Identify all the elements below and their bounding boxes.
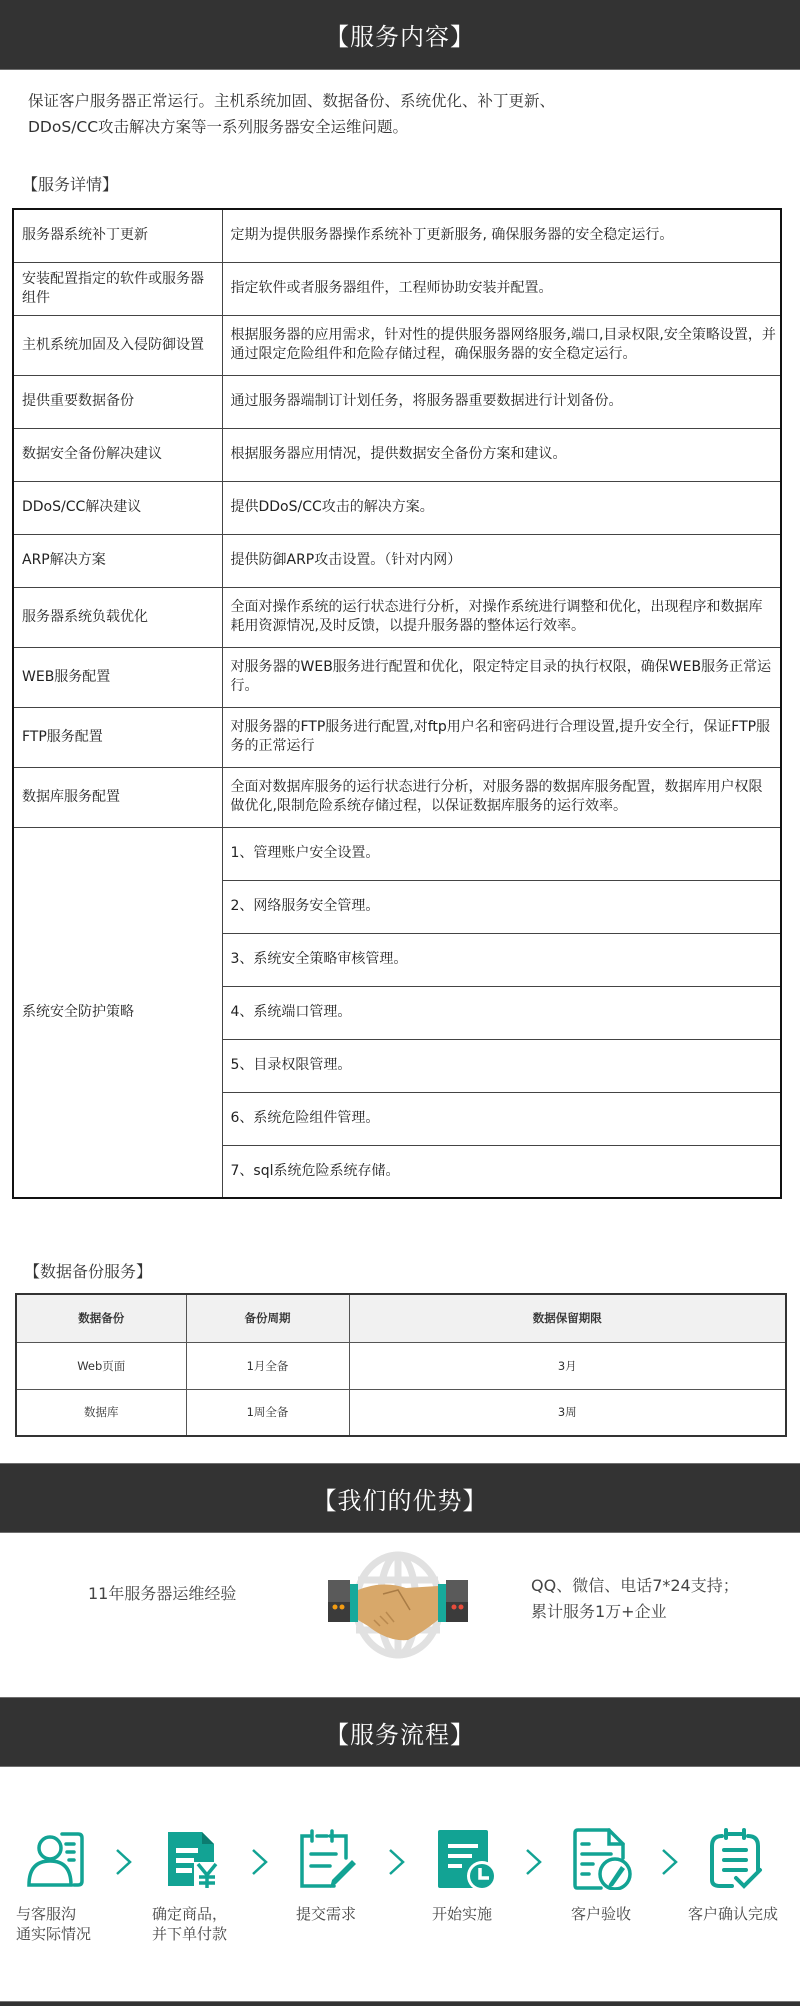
section-title: 【我们的优势】 xyxy=(313,1481,488,1516)
table-row: 提供重要数据备份通过服务器端制订计划任务，将服务器重要数据进行计划备份。 xyxy=(13,375,781,428)
step-label-line: 与客服沟 xyxy=(16,1904,91,1924)
document-review-icon xyxy=(571,1828,633,1890)
advantage-support: QQ、微信、电话7*24支持； 累计服务1万+企业 xyxy=(531,1573,739,1625)
cell: 1月全备 xyxy=(186,1342,349,1389)
step-label: 客户确认完成 xyxy=(688,1904,778,1924)
intro-text: 保证客户服务器正常运行。主机系统加固、数据备份、系统优化、补丁更新、 DDoS/… xyxy=(28,88,768,140)
table-row: DDoS/CC解决建议提供DDoS/CC攻击的解决方案。 xyxy=(13,481,781,534)
clipboard-edit-icon xyxy=(296,1828,358,1890)
bottom-bar xyxy=(0,2001,800,2006)
backup-heading: 【数据备份服务】 xyxy=(24,1259,152,1282)
row-value: 指定软件或者服务器组件，工程师协助安装并配置。 xyxy=(222,262,781,315)
row-value: 根据服务器的应用需求，针对性的提供服务器网络服务,端口,目录权限,安全策略设置，… xyxy=(222,315,781,375)
section-header-advantages: 【我们的优势】 xyxy=(0,1463,800,1533)
step-label: 与客服沟 通实际情况 xyxy=(16,1904,91,1944)
table-row: 服务器系统补丁更新定期为提供服务器操作系统补丁更新服务, 确保服务器的安全稳定运… xyxy=(13,209,781,262)
chevron-right-icon xyxy=(250,1848,270,1876)
process-flow: 与客服沟 通实际情况 确定商品， 并下单付款 xyxy=(0,1828,800,1968)
step-label-line: 并下单付款 xyxy=(152,1924,227,1944)
row-key: WEB服务配置 xyxy=(13,647,222,707)
intro-line-2: DDoS/CC攻击解决方案等一系列服务器安全运维问题。 xyxy=(28,114,768,140)
chevron-right-icon xyxy=(524,1848,544,1876)
step-label-line: 确定商品， xyxy=(152,1904,227,1924)
backup-table: 数据备份 备份周期 数据保留期限 Web页面 1月全备 3月 数据库 1周全备 … xyxy=(15,1293,787,1437)
cell: 3月 xyxy=(349,1342,786,1389)
row-value: 通过服务器端制订计划任务，将服务器重要数据进行计划备份。 xyxy=(222,375,781,428)
step-label-line: 通实际情况 xyxy=(16,1924,91,1944)
row-key: FTP服务配置 xyxy=(13,707,222,767)
details-heading: 【服务详情】 xyxy=(22,172,118,195)
table-row: 数据库服务配置全面对数据库服务的运行状态进行分析，对服务器的数据库服务配置，数据… xyxy=(13,767,781,827)
row-value: 对服务器的WEB服务进行配置和优化，限定特定目录的执行权限，确保WEB服务正常运… xyxy=(222,647,781,707)
chevron-right-icon xyxy=(114,1848,134,1876)
step-label-line: 客户验收 xyxy=(571,1904,631,1924)
chevron-right-icon xyxy=(660,1848,680,1876)
policy-item: 2、网络服务安全管理。 xyxy=(222,880,781,933)
table-row: FTP服务配置对服务器的FTP服务进行配置,对ftp用户名和密码进行合理设置,提… xyxy=(13,707,781,767)
table-row: WEB服务配置对服务器的WEB服务进行配置和优化，限定特定目录的执行权限，确保W… xyxy=(13,647,781,707)
column-header: 数据保留期限 xyxy=(349,1294,786,1342)
support-line-2: 累计服务1万+企业 xyxy=(531,1599,739,1625)
document-clock-icon xyxy=(436,1828,498,1890)
section-header-service-content: 【服务内容】 xyxy=(0,0,800,70)
process-step: 客户确认完成 xyxy=(708,1828,800,1890)
step-label: 客户验收 xyxy=(571,1904,631,1924)
table-row: 数据库 1周全备 3周 xyxy=(16,1389,786,1436)
step-label: 确定商品， 并下单付款 xyxy=(152,1904,227,1944)
row-key: 服务器系统负载优化 xyxy=(13,587,222,647)
row-value: 全面对数据库服务的运行状态进行分析，对服务器的数据库服务配置，数据库用户权限做优… xyxy=(222,767,781,827)
section-title: 【服务流程】 xyxy=(325,1715,475,1750)
cell: 1周全备 xyxy=(186,1389,349,1436)
policy-item: 7、sql系统危险系统存储。 xyxy=(222,1145,781,1198)
cell: 数据库 xyxy=(16,1389,186,1436)
row-value: 定期为提供服务器操作系统补丁更新服务, 确保服务器的安全稳定运行。 xyxy=(222,209,781,262)
advantage-experience: 11年服务器运维经验 xyxy=(88,1581,236,1604)
column-header: 备份周期 xyxy=(186,1294,349,1342)
support-line-1: QQ、微信、电话7*24支持； xyxy=(531,1573,739,1599)
policy-item: 4、系统端口管理。 xyxy=(222,986,781,1039)
row-value: 对服务器的FTP服务进行配置,对ftp用户名和密码进行合理设置,提升安全行，保证… xyxy=(222,707,781,767)
table-row: 主机系统加固及入侵防御设置根据服务器的应用需求，针对性的提供服务器网络服务,端口… xyxy=(13,315,781,375)
row-key: 提供重要数据备份 xyxy=(13,375,222,428)
intro-line-1: 保证客户服务器正常运行。主机系统加固、数据备份、系统优化、补丁更新、 xyxy=(28,88,768,114)
row-key: 数据库服务配置 xyxy=(13,767,222,827)
row-value: 根据服务器应用情况，提供数据安全备份方案和建议。 xyxy=(222,428,781,481)
step-label-line: 提交需求 xyxy=(296,1904,356,1924)
policy-item: 3、系统安全策略审核管理。 xyxy=(222,933,781,986)
cell: 3周 xyxy=(349,1389,786,1436)
table-row: 系统安全防护策略1、管理账户安全设置。 xyxy=(13,827,781,880)
cell: Web页面 xyxy=(16,1342,186,1389)
row-value: 提供DDoS/CC攻击的解决方案。 xyxy=(222,481,781,534)
table-header-row: 数据备份 备份周期 数据保留期限 xyxy=(16,1294,786,1342)
column-header: 数据备份 xyxy=(16,1294,186,1342)
clipboard-check-icon xyxy=(708,1828,770,1890)
row-value: 全面对操作系统的运行状态进行分析，对操作系统进行调整和优化，出现程序和数据库耗用… xyxy=(222,587,781,647)
chevron-right-icon xyxy=(387,1848,407,1876)
row-key: 服务器系统补丁更新 xyxy=(13,209,222,262)
table-row: ARP解决方案提供防御ARP攻击设置。（针对内网） xyxy=(13,534,781,587)
row-key: 安装配置指定的软件或服务器组件 xyxy=(13,262,222,315)
table-row: Web页面 1月全备 3月 xyxy=(16,1342,786,1389)
row-key: 主机系统加固及入侵防御设置 xyxy=(13,315,222,375)
step-label-line: 客户确认完成 xyxy=(688,1904,778,1924)
policy-item: 1、管理账户安全设置。 xyxy=(222,827,781,880)
row-value: 提供防御ARP攻击设置。（针对内网） xyxy=(222,534,781,587)
handshake-globe-icon xyxy=(328,1550,468,1660)
policy-key: 系统安全防护策略 xyxy=(13,827,222,1198)
row-key: 数据安全备份解决建议 xyxy=(13,428,222,481)
step-label-line: 开始实施 xyxy=(432,1904,492,1924)
policy-item: 5、目录权限管理。 xyxy=(222,1039,781,1092)
table-row: 安装配置指定的软件或服务器组件指定软件或者服务器组件，工程师协助安装并配置。 xyxy=(13,262,781,315)
section-header-process: 【服务流程】 xyxy=(0,1697,800,1767)
invoice-payment-icon xyxy=(160,1828,222,1890)
row-key: DDoS/CC解决建议 xyxy=(13,481,222,534)
policy-item: 6、系统危险组件管理。 xyxy=(222,1092,781,1145)
table-row: 数据安全备份解决建议根据服务器应用情况，提供数据安全备份方案和建议。 xyxy=(13,428,781,481)
step-label: 开始实施 xyxy=(432,1904,492,1924)
table-row: 服务器系统负载优化全面对操作系统的运行状态进行分析，对操作系统进行调整和优化，出… xyxy=(13,587,781,647)
customer-contact-icon xyxy=(26,1828,88,1890)
service-details-table: 服务器系统补丁更新定期为提供服务器操作系统补丁更新服务, 确保服务器的安全稳定运… xyxy=(12,208,782,1199)
section-title: 【服务内容】 xyxy=(325,17,475,52)
step-label: 提交需求 xyxy=(296,1904,356,1924)
row-key: ARP解决方案 xyxy=(13,534,222,587)
